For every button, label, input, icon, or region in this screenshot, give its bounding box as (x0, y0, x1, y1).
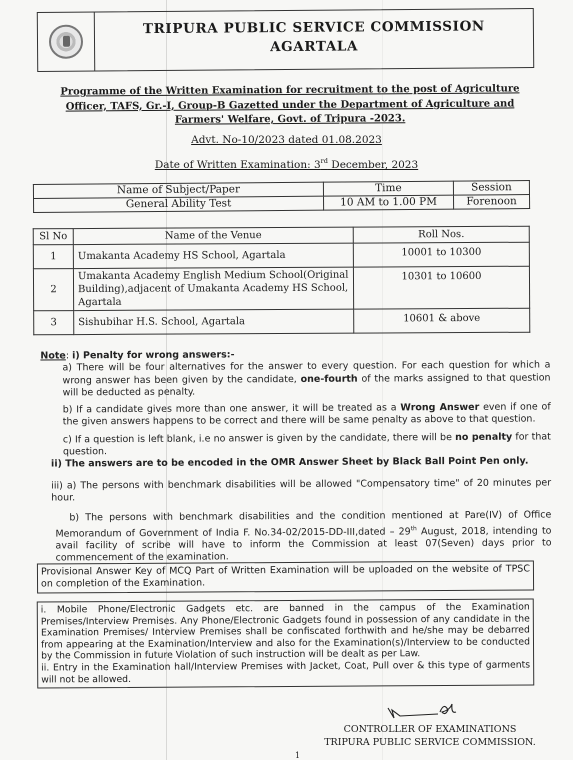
exam-date: Date of Written Examination: 3rd Decembe… (0, 157, 573, 171)
note-emphasis: ii) The answers are to be encoded in the… (51, 456, 529, 470)
exam-date-suffix: rd (321, 157, 328, 165)
signature-icon (380, 700, 470, 722)
notice-page: TRIPURA PUBLIC SERVICE COMMISSION AGARTA… (0, 0, 573, 760)
note-i-c: c) If a question is left blank, i.e no a… (41, 431, 551, 459)
note-label: Note (40, 350, 66, 361)
column-header: Roll Nos. (353, 226, 529, 243)
roll-cell: 10601 & above (354, 308, 530, 333)
note-i-b: b) If a candidate gives more than one an… (41, 402, 551, 430)
note-iii-b: b) The persons with benchmark disabiliti… (41, 510, 551, 565)
penalty-heading: i) Penalty for wrong answers:- (72, 349, 235, 361)
serial-cell: 1 (33, 245, 73, 269)
roll-cell: 10301 to 10600 (353, 266, 529, 309)
page-number: 1 (295, 751, 300, 760)
table-row: General Ability Test 10 AM to 1.00 PM Fo… (34, 195, 530, 213)
answer-key-notice: Provisional Answer Key of MCQ Part of Wr… (37, 560, 534, 593)
programme-title: Programme of the Written Examination for… (40, 82, 540, 129)
tpsc-emblem-icon (49, 25, 83, 59)
venue-table: Sl No Name of the Venue Roll Nos. 1 Umak… (33, 226, 531, 336)
serial-cell: 2 (33, 269, 73, 311)
note-emphasis: one-fourth (301, 373, 358, 384)
note-text: b) If a candidate gives more than one an… (63, 403, 401, 416)
column-header: Session (453, 181, 529, 196)
time-cell: 10 AM to 1.00 PM (323, 195, 453, 210)
instructions-box: i. Mobile Phone/Electronic Gadgets etc. … (37, 598, 535, 688)
table-row: 3 Sishubihar H.S. School, Agartala 10601… (34, 308, 530, 335)
subject-cell: General Ability Test (34, 196, 324, 212)
table-row: 2 Umakanta Academy English Medium School… (33, 266, 529, 311)
note-text: c) If a question is left blank, i.e no a… (63, 432, 455, 445)
instruction-garments: ii. Entry in the Examination hall/Interv… (41, 659, 530, 685)
logo-cell (38, 12, 95, 70)
serial-cell: 3 (34, 311, 74, 335)
instruction-mobile-ban: i. Mobile Phone/Electronic Gadgets etc. … (41, 602, 530, 663)
venue-cell: Sishubihar H.S. School, Agartala (74, 309, 354, 334)
signatory-block: CONTROLLER OF EXAMINATIONS TRIPURA PUBLI… (300, 724, 560, 749)
letterhead: TRIPURA PUBLIC SERVICE COMMISSION AGARTA… (37, 8, 534, 72)
note-emphasis: Wrong Answer (400, 402, 479, 413)
signatory-designation: CONTROLLER OF EXAMINATIONS (300, 724, 560, 737)
roll-cell: 10001 to 10300 (353, 242, 529, 267)
venue-cell: Umakanta Academy HS School, Agartala (73, 243, 353, 268)
exam-date-month-year: December, 2023 (328, 159, 418, 171)
signatory-office: TRIPURA PUBLIC SERVICE COMMISSION. (300, 737, 560, 750)
note-emphasis: no penalty (455, 431, 512, 442)
column-header: Sl No (33, 229, 73, 245)
session-cell: Forenoon (453, 195, 529, 210)
org-city: AGARTALA (95, 36, 533, 58)
exam-date-label: Date of Written Examination: (155, 159, 314, 171)
org-name: TRIPURA PUBLIC SERVICE COMMISSION (95, 17, 533, 39)
schedule-table: Name of Subject/Paper Time Session Gener… (33, 180, 530, 213)
venue-cell: Umakanta Academy English Medium School(O… (73, 267, 353, 310)
note-i-a: a) There will be four alternatives for t… (40, 360, 550, 400)
note-iii-a: iii) a) The persons with benchmark disab… (41, 477, 551, 505)
table-row: 1 Umakanta Academy HS School, Agartala 1… (33, 242, 529, 269)
column-header: Time (323, 181, 453, 196)
exam-date-day: 3 (314, 159, 321, 171)
notes-section: Note: i) Penalty for wrong answers:- a) … (40, 347, 551, 565)
advertisement-number: Advt. No-10/2023 dated 01.08.2023 (0, 134, 573, 146)
letterhead-title: TRIPURA PUBLIC SERVICE COMMISSION AGARTA… (95, 9, 533, 70)
column-header: Name of the Venue (73, 227, 353, 244)
